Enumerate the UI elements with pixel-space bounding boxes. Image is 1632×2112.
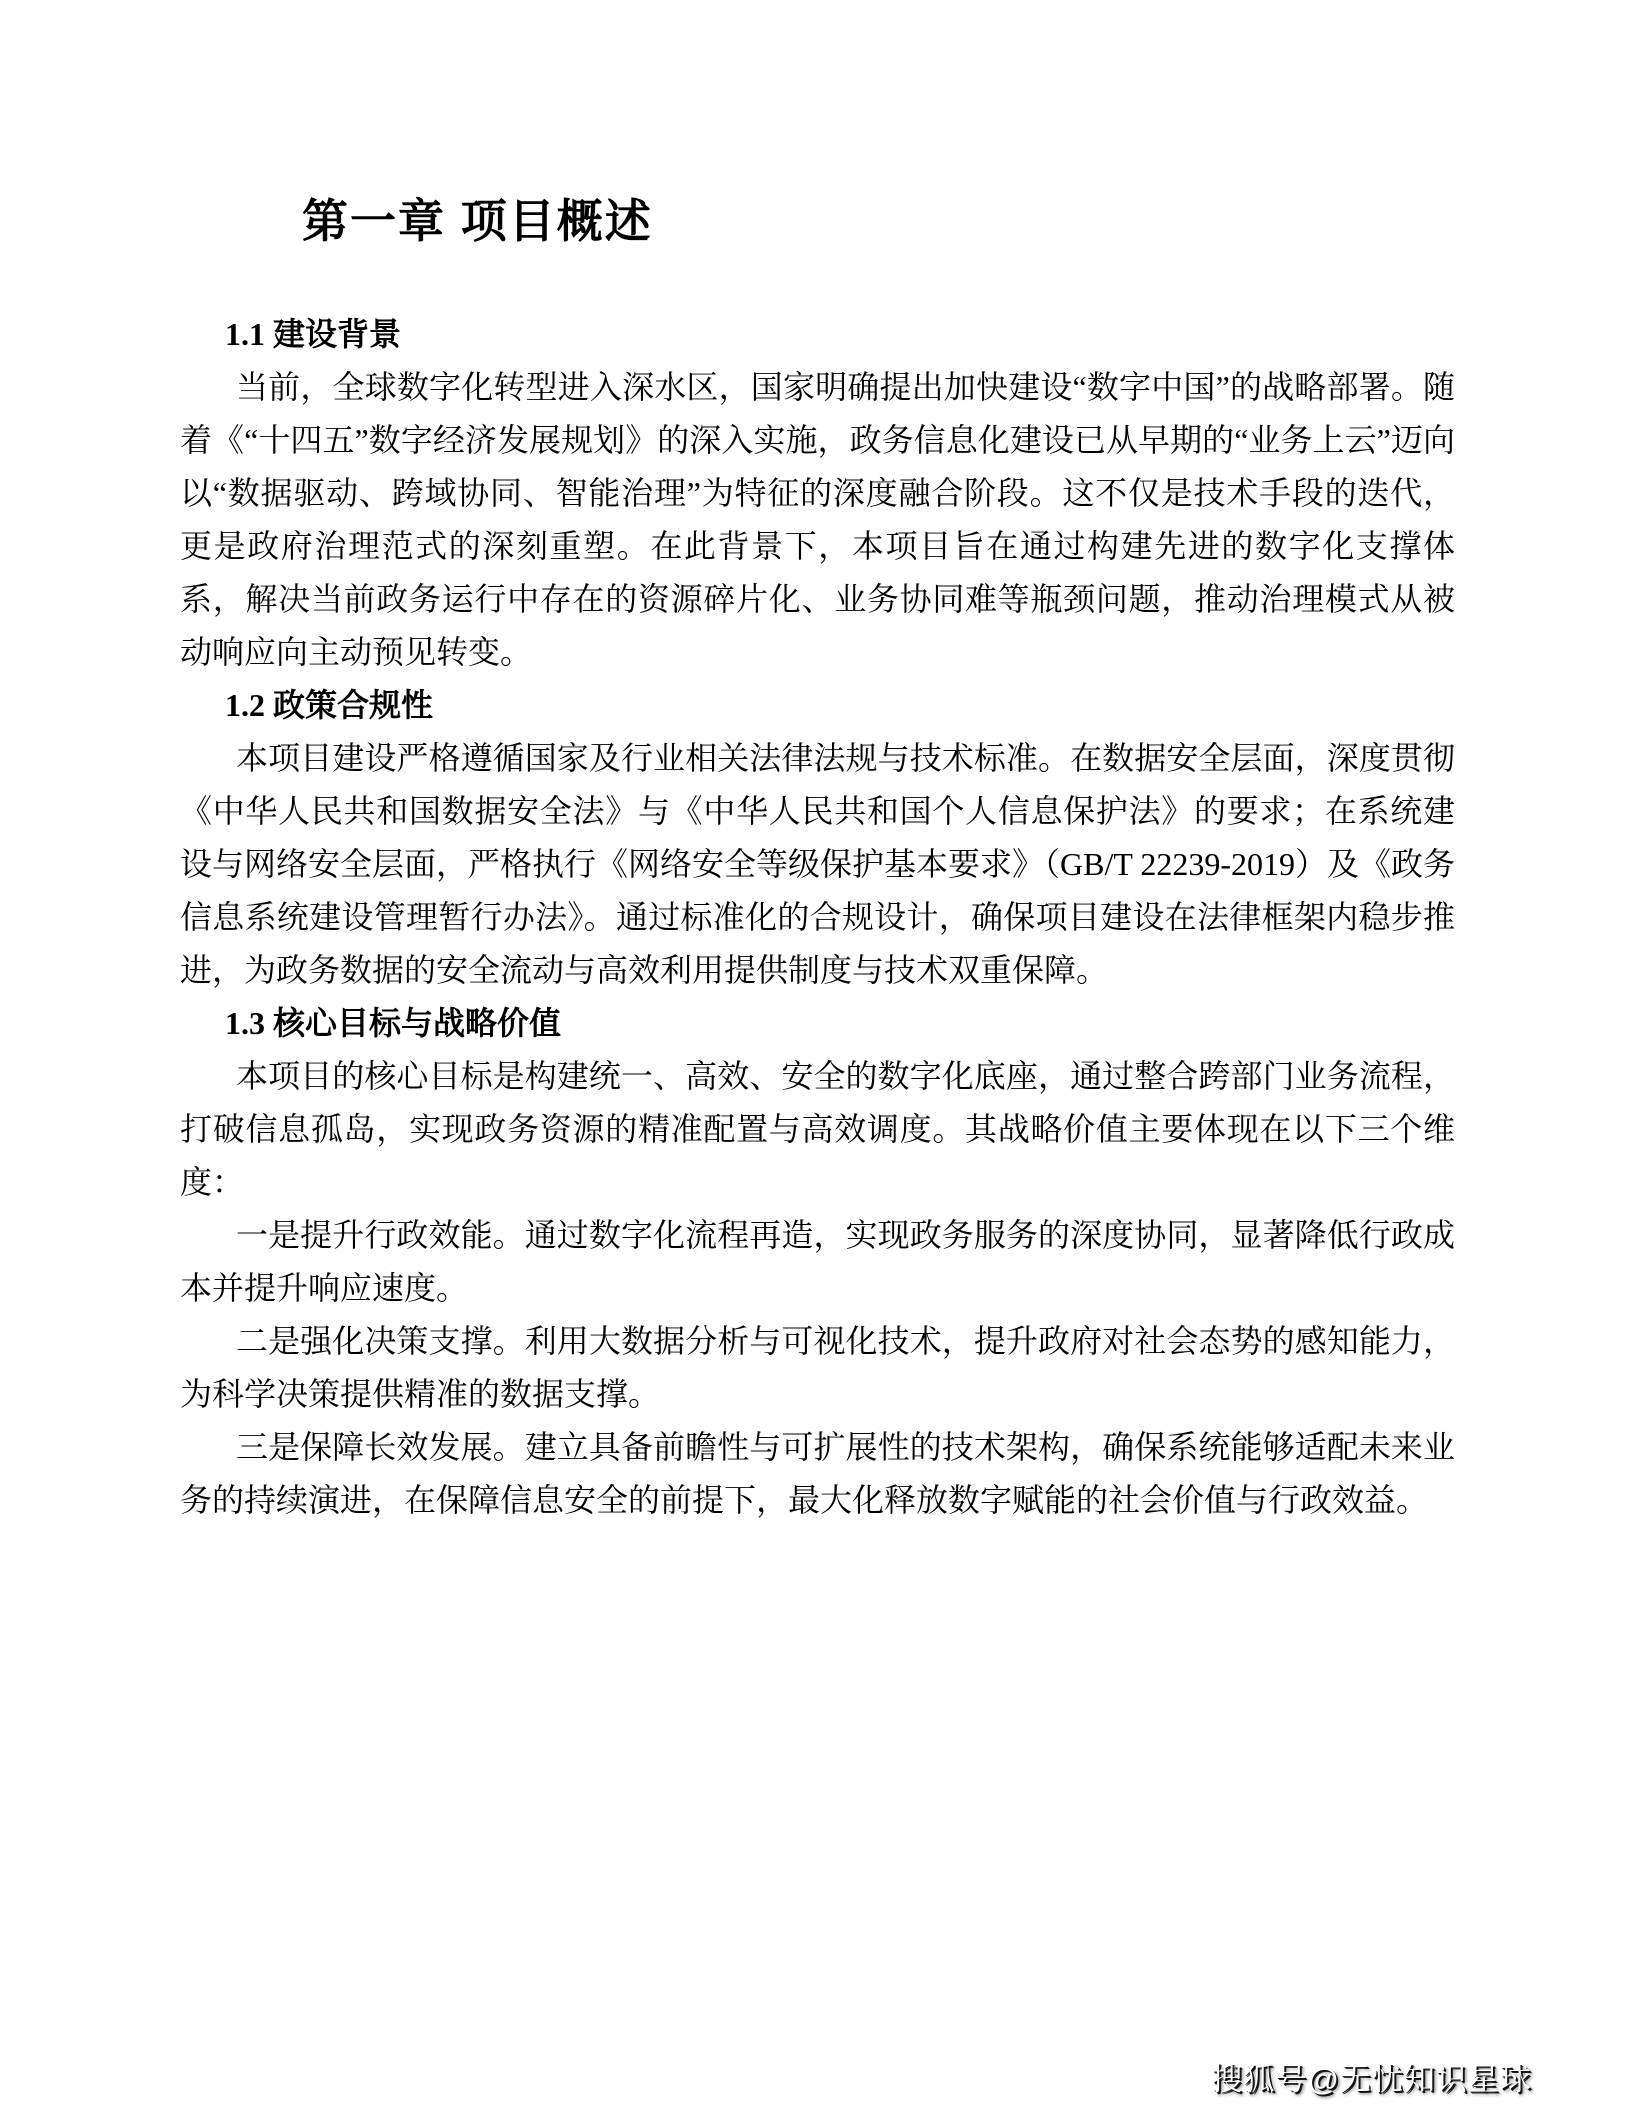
section-1-3: 1.3 核心目标与战略价值 本项目的核心目标是构建统一、高效、安全的数字化底座，… [180,997,1455,1527]
document-page: 第一章 项目概述 1.1 建设背景 当前，全球数字化转型进入深水区，国家明确提出… [180,196,1455,1527]
section-heading-1-3: 1.3 核心目标与战略价值 [180,997,1455,1050]
paragraph: 二是强化决策支撑。利用大数据分析与可视化技术，提升政府对社会态势的感知能力，为科… [180,1315,1455,1421]
paragraph: 当前，全球数字化转型进入深水区，国家明确提出加快建设“数字中国”的战略部署。随着… [180,361,1455,679]
watermark: 搜狐号@无忧知识星球 [1212,2063,1532,2097]
paragraph: 一是提升行政效能。通过数字化流程再造，实现政务服务的深度协同，显著降低行政成本并… [180,1209,1455,1315]
paragraph: 本项目的核心目标是构建统一、高效、安全的数字化底座，通过整合跨部门业务流程，打破… [180,1050,1455,1209]
section-1-1: 1.1 建设背景 当前，全球数字化转型进入深水区，国家明确提出加快建设“数字中国… [180,308,1455,679]
paragraph: 三是保障长效发展。建立具备前瞻性与可扩展性的技术架构，确保系统能够适配未来业务的… [180,1421,1455,1527]
chapter-title: 第一章 项目概述 [302,196,1455,246]
section-1-2: 1.2 政策合规性 本项目建设严格遵循国家及行业相关法律法规与技术标准。在数据安… [180,679,1455,997]
section-heading-1-2: 1.2 政策合规性 [180,679,1455,732]
paragraph: 本项目建设严格遵循国家及行业相关法律法规与技术标准。在数据安全层面，深度贯彻《中… [180,732,1455,997]
section-heading-1-1: 1.1 建设背景 [180,308,1455,361]
